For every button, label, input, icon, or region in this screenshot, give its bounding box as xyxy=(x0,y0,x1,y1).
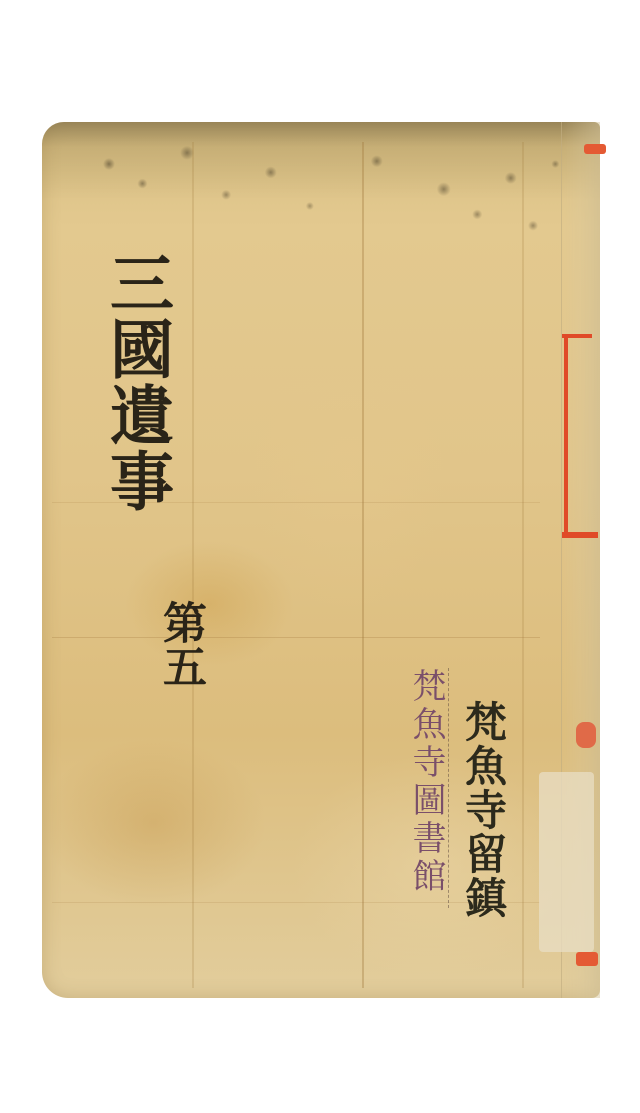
binding-thread xyxy=(564,334,568,534)
mold-stains xyxy=(42,122,600,262)
binding-thread-knot xyxy=(576,952,598,966)
paper-patch xyxy=(539,772,594,952)
paper-crease xyxy=(522,142,524,988)
ownership-inscription: 梵魚寺留鎮 xyxy=(460,700,506,920)
library-stamp: 梵魚寺圖書館 xyxy=(408,668,444,896)
paper-crease xyxy=(52,637,540,638)
binding-thread-knot xyxy=(576,722,596,748)
binding-thread-knot xyxy=(584,144,606,154)
binding-thread xyxy=(562,532,598,538)
paper-crease xyxy=(192,142,194,988)
volume-number: 第五 xyxy=(152,600,208,688)
paper-crease xyxy=(362,142,364,988)
stamp-border xyxy=(448,668,450,908)
book-title: 三國遺事 xyxy=(120,250,180,514)
